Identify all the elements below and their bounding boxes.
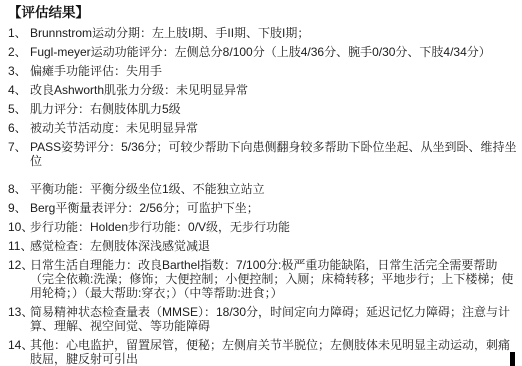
assessment-report: 【评估结果】 1、 Brunnstrom运动分期：左上肢I期、手II期、下肢I期… <box>0 0 522 366</box>
item-number: 9、 <box>8 201 30 215</box>
item-number: 5、 <box>8 102 30 116</box>
list-item: 10、 步行功能：Holden步行功能：0/V级，无步行功能 <box>8 220 518 234</box>
list-item: 11、 感觉检查：左侧肢体深浅感觉减退 <box>8 239 518 253</box>
item-number: 8、 <box>8 182 30 196</box>
item-text: 改良Ashworth肌张力分级：未见明显异常 <box>30 83 248 97</box>
item-text: 其他：心电监护，留置尿管，便秘；左侧肩关节半脱位；左侧肢体未见明显主动运动，刺痛… <box>30 338 510 366</box>
list-item: 5、 肌力评分：右侧肢体肌力5级 <box>8 102 518 116</box>
item-text: Berg平衡量表评分：2/56分；可监护下坐； <box>30 201 259 215</box>
item-text: 偏瘫手功能评估：失用手 <box>30 64 162 78</box>
item-number: 3、 <box>8 64 30 78</box>
item-text: 肌力评分：右侧肢体肌力5级 <box>30 102 181 116</box>
item-text: 平衡功能：平衡分级坐位1级、不能独立站立 <box>30 182 265 196</box>
list-item: 13、 简易精神状态检查量表（MMSE）：18/30分，时间定向力障碍；延迟记忆… <box>8 305 518 333</box>
list-item: 2、 Fugl-meyer运动功能评分：左侧总分8/100分（上肢4/36分、腕… <box>8 45 518 59</box>
item-text: 简易精神状态检查量表（MMSE）：18/30分，时间定向力障碍；延迟记忆力障碍；… <box>30 305 510 333</box>
list-item: 9、 Berg平衡量表评分：2/56分；可监护下坐； <box>8 201 518 215</box>
item-number: 2、 <box>8 45 30 59</box>
item-number: 6、 <box>8 121 30 135</box>
item-number: 10、 <box>8 220 30 234</box>
item-number: 7、 <box>8 140 30 154</box>
item-text: 感觉检查：左侧肢体深浅感觉减退 <box>30 239 210 253</box>
result-list: 1、 Brunnstrom运动分期：左上肢I期、手II期、下肢I期； 2、 Fu… <box>8 26 518 366</box>
list-item: 1、 Brunnstrom运动分期：左上肢I期、手II期、下肢I期； <box>8 26 518 40</box>
item-text: PASS姿势评分：5/36分；可较少帮助下向患侧翻身较多帮助下卧位坐起、从坐到卧… <box>30 140 516 168</box>
list-item: 8、 平衡功能：平衡分级坐位1级、不能独立站立 <box>8 182 518 196</box>
item-number: 12、 <box>8 258 30 272</box>
page-title: 【评估结果】 <box>8 5 518 21</box>
item-text: 被动关节活动度：未见明显异常 <box>30 121 198 135</box>
item-text: Brunnstrom运动分期：左上肢I期、手II期、下肢I期； <box>30 26 309 40</box>
list-item: 7、 PASS姿势评分：5/36分；可较少帮助下向患侧翻身较多帮助下卧位坐起、从… <box>8 140 518 168</box>
item-number: 14、 <box>8 338 30 352</box>
item-text: Fugl-meyer运动功能评分：左侧总分8/100分（上肢4/36分、腕手0/… <box>30 45 491 59</box>
item-text: 日常生活自理能力：改良Barthel指数：7/100分:极严重功能缺陷，日常生活… <box>30 258 513 300</box>
list-item: 14、 其他：心电监护，留置尿管，便秘；左侧肩关节半脱位；左侧肢体未见明显主动运… <box>8 338 518 366</box>
list-item: 4、 改良Ashworth肌张力分级：未见明显异常 <box>8 83 518 97</box>
item-text: 步行功能：Holden步行功能：0/V级，无步行功能 <box>30 220 290 234</box>
list-item: 3、 偏瘫手功能评估：失用手 <box>8 64 518 78</box>
item-number: 11、 <box>8 239 30 253</box>
list-item: 6、 被动关节活动度：未见明显异常 <box>8 121 518 135</box>
item-number: 1、 <box>8 26 30 40</box>
item-number: 13、 <box>8 305 30 319</box>
list-item: 12、 日常生活自理能力：改良Barthel指数：7/100分:极严重功能缺陷，… <box>8 258 518 300</box>
text-cursor <box>510 352 515 366</box>
item-number: 4、 <box>8 83 30 97</box>
